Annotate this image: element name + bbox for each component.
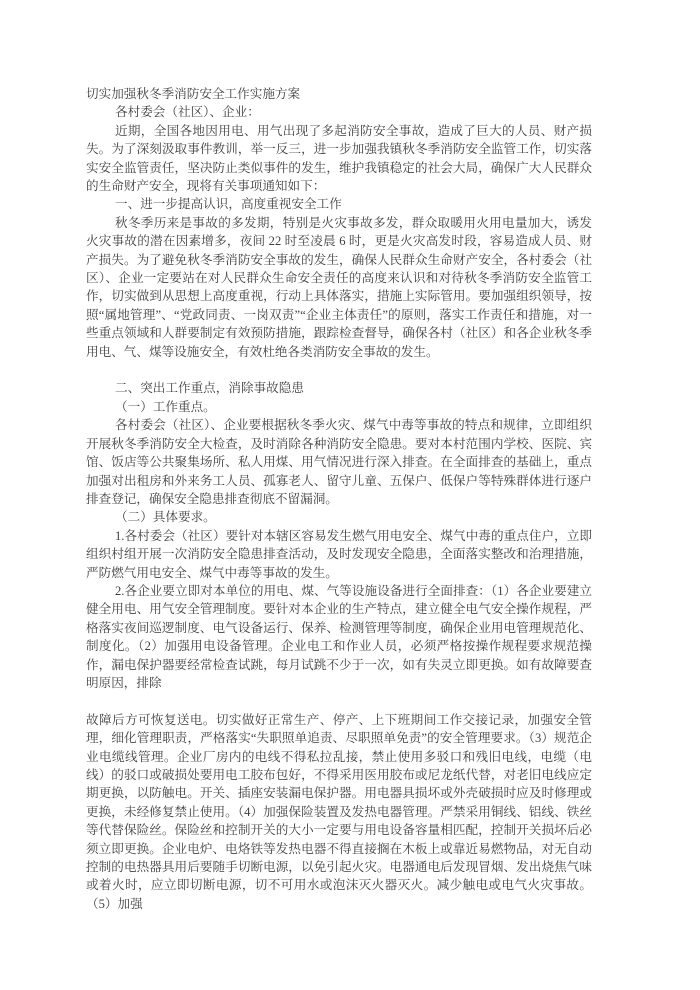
requirement-item-2: 2.各企业要立即对本单位的用电、煤、气等设施设备进行全面排查：（1）各企业要建立… [86, 582, 592, 692]
salutation: 各村委会（社区）、企业： [86, 103, 592, 121]
requirement-item-1: 1.各村委会（社区）要针对本辖区容易发生燃气用电安全、煤气中毒的重点住户，立即组… [86, 527, 592, 582]
document-page: 切实加强秋冬季消防安全工作实施方案 各村委会（社区）、企业： 近期，全国各地因用… [86, 85, 592, 913]
subsection-2-2-heading: （二）具体要求。 [86, 508, 592, 526]
subsection-2-1-heading: （一）工作重点。 [86, 398, 592, 416]
section-1-body: 秋冬季历来是事故的多发期，特别是火灾事故多发，群众取暖用火用电量加大，诱发火灾事… [86, 214, 592, 361]
document-title: 切实加强秋冬季消防安全工作实施方案 [86, 85, 592, 103]
intro-paragraph: 近期，全国各地因用电、用气出现了多起消防安全事故，造成了巨大的人员、财产损失。为… [86, 122, 592, 196]
section-1-heading: 一、进一步提高认识，高度重视安全工作 [86, 195, 592, 213]
subsection-2-1-body: 各村委会（社区）、企业要根据秋冬季火灾、煤气中毒等事故的特点和规律，立即组织开展… [86, 416, 592, 508]
requirement-item-2-continued: 故障后方可恢复送电。切实做好正常生产、停产、上下班期间工作交接记录，加强安全管理… [86, 711, 592, 913]
section-2-heading: 二、突出工作重点，消除事故隐患 [86, 379, 592, 397]
